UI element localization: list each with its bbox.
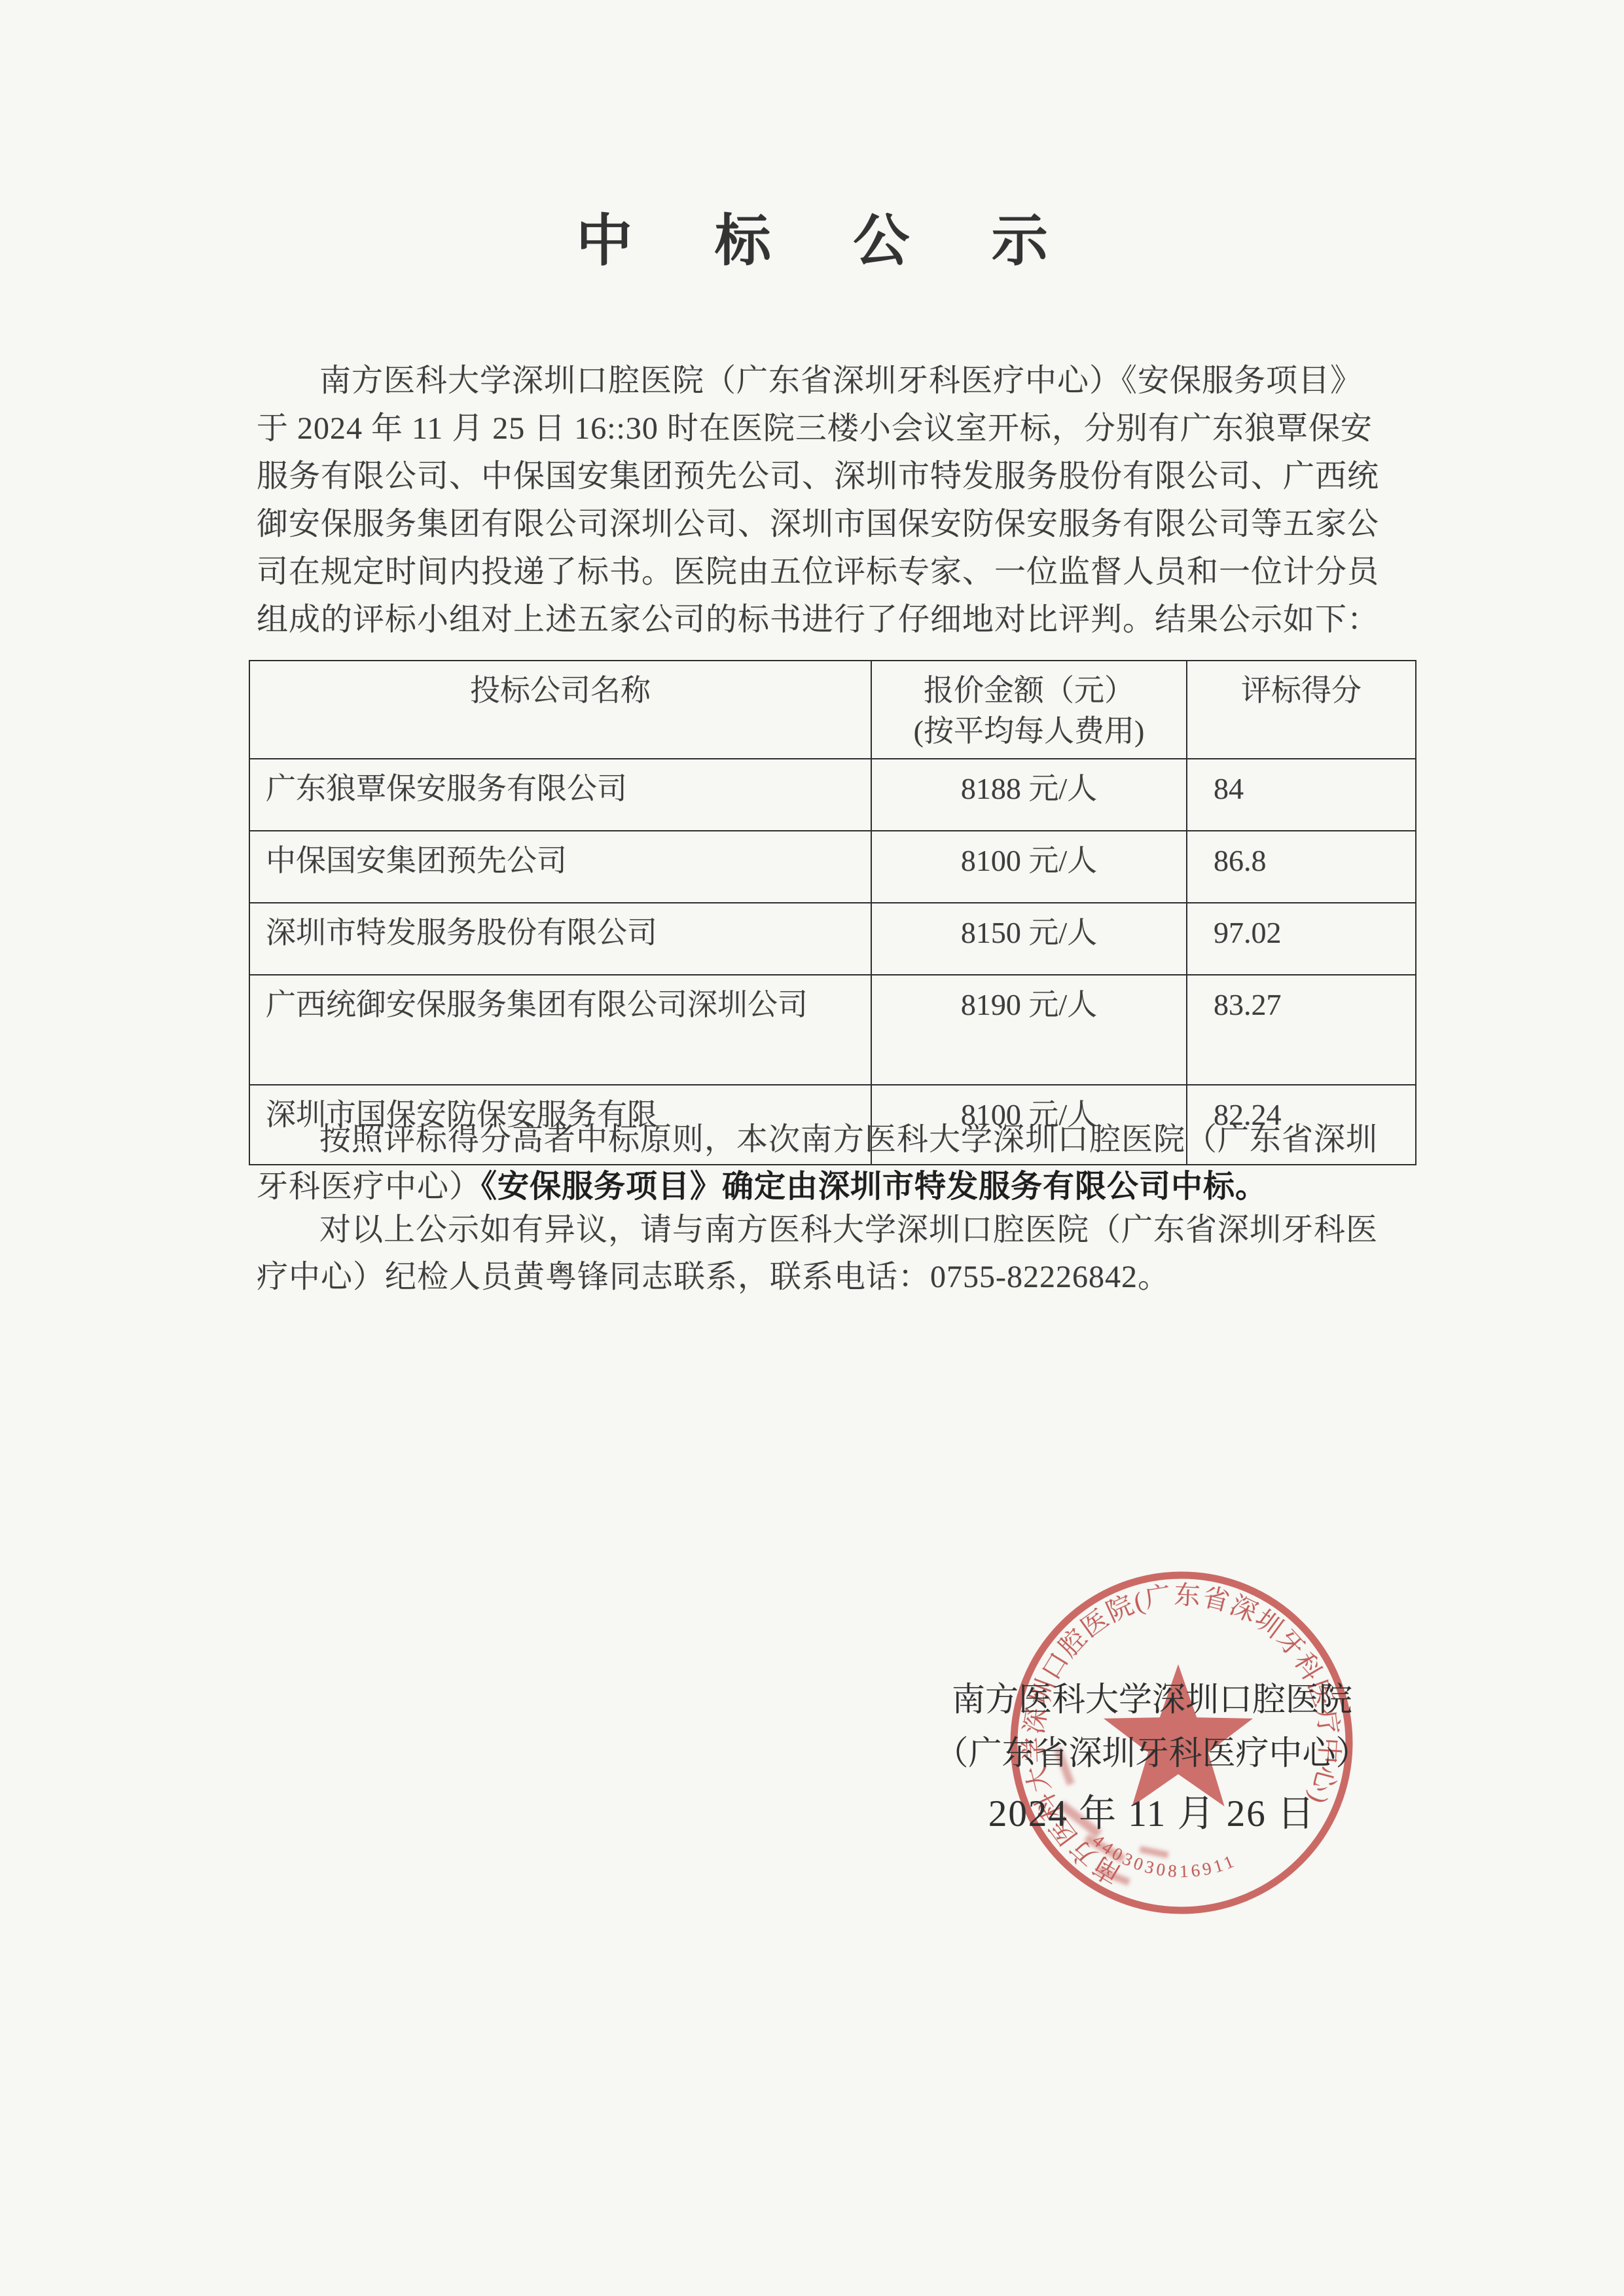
objection-line: 疗中心）纪检人员黄粤锋同志联系，联系电话：0755-82226842。 [257, 1254, 1410, 1301]
company-cell: 广东狼覃保安服务有限公司 [249, 759, 871, 831]
table-row: 广西统御安保服务集团有限公司深圳公司 8190 元/人 83.27 [249, 975, 1416, 1085]
bid-results-table: 投标公司名称 报价金额（元） (按平均每人费用) 评标得分 广东狼覃保安服务有限… [249, 660, 1416, 1165]
intro-line: 服务有限公司、中保国安集团预先公司、深圳市特发服务股份有限公司、广西统 [257, 452, 1410, 500]
signature-block: 南方医科大学深圳口腔医院 （广东省深圳牙科医疗中心） 2024 年 11 月 2… [897, 1673, 1407, 1841]
company-cell: 中保国安集团预先公司 [249, 831, 871, 903]
score-cell: 97.02 [1187, 903, 1416, 975]
signature-org-line2: （广东省深圳牙科医疗中心） [897, 1727, 1407, 1781]
header-price: 报价金额（元） (按平均每人费用) [871, 661, 1187, 759]
score-cell: 83.27 [1187, 975, 1416, 1085]
page-title: 中 标 公 示 [0, 195, 1624, 276]
header-company: 投标公司名称 [249, 661, 871, 759]
company-cell: 广西统御安保服务集团有限公司深圳公司 [249, 975, 871, 1085]
award-line: 牙科医疗中心）《安保服务项目》确定由深圳市特发服务有限公司中标。 [257, 1163, 1410, 1211]
award-paragraph: 按照评标得分高者中标原则，本次南方医科大学深圳口腔医院（广东省深圳 牙科医疗中心… [257, 1116, 1410, 1211]
award-line-bold: 《安保服务项目》确定由深圳市特发服务有限公司中标。 [481, 1169, 1267, 1204]
header-score: 评标得分 [1187, 661, 1416, 759]
signature-org-line1: 南方医科大学深圳口腔医院 [897, 1673, 1407, 1727]
intro-line: 于 2024 年 11 月 25 日 16::30 时在医院三楼小会议室开标，分… [257, 405, 1410, 452]
score-cell: 84 [1187, 759, 1416, 831]
price-cell: 8100 元/人 [871, 831, 1187, 903]
intro-line: 御安保服务集团有限公司深圳公司、深圳市国保安防保安服务有限公司等五家公 [257, 500, 1410, 548]
signature-date: 2024 年 11 月 26 日 [897, 1787, 1407, 1841]
intro-line: 司在规定时间内投递了标书。医院由五位评标专家、一位监督人员和一位计分员 [257, 548, 1410, 596]
header-price-line1: 报价金额（元） [878, 670, 1180, 711]
company-cell: 深圳市特发服务股份有限公司 [249, 903, 871, 975]
award-line-regular: 牙科医疗中心） [257, 1169, 481, 1204]
price-cell: 8190 元/人 [871, 975, 1187, 1085]
objection-line: 对以上公示如有异议，请与南方医科大学深圳口腔医院（广东省深圳牙科医 [257, 1207, 1410, 1254]
price-cell: 8150 元/人 [871, 903, 1187, 975]
award-line: 按照评标得分高者中标原则，本次南方医科大学深圳口腔医院（广东省深圳 [257, 1116, 1410, 1163]
table-header-row: 投标公司名称 报价金额（元） (按平均每人费用) 评标得分 [249, 661, 1416, 759]
announcement-page: 中 标 公 示 南方医科大学深圳口腔医院（广东省深圳牙科医疗中心）《安保服务项目… [0, 0, 1624, 2296]
table-row: 深圳市特发服务股份有限公司 8150 元/人 97.02 [249, 903, 1416, 975]
price-cell: 8188 元/人 [871, 759, 1187, 831]
intro-line: 南方医科大学深圳口腔医院（广东省深圳牙科医疗中心）《安保服务项目》 [257, 357, 1410, 405]
header-price-line2: (按平均每人费用) [878, 711, 1180, 752]
intro-paragraph: 南方医科大学深圳口腔医院（广东省深圳牙科医疗中心）《安保服务项目》 于 2024… [257, 357, 1410, 644]
objection-paragraph: 对以上公示如有异议，请与南方医科大学深圳口腔医院（广东省深圳牙科医 疗中心）纪检… [257, 1207, 1410, 1301]
table-row: 广东狼覃保安服务有限公司 8188 元/人 84 [249, 759, 1416, 831]
table-row: 中保国安集团预先公司 8100 元/人 86.8 [249, 831, 1416, 903]
score-cell: 86.8 [1187, 831, 1416, 903]
intro-line: 组成的评标小组对上述五家公司的标书进行了仔细地对比评判。结果公示如下： [257, 596, 1410, 644]
